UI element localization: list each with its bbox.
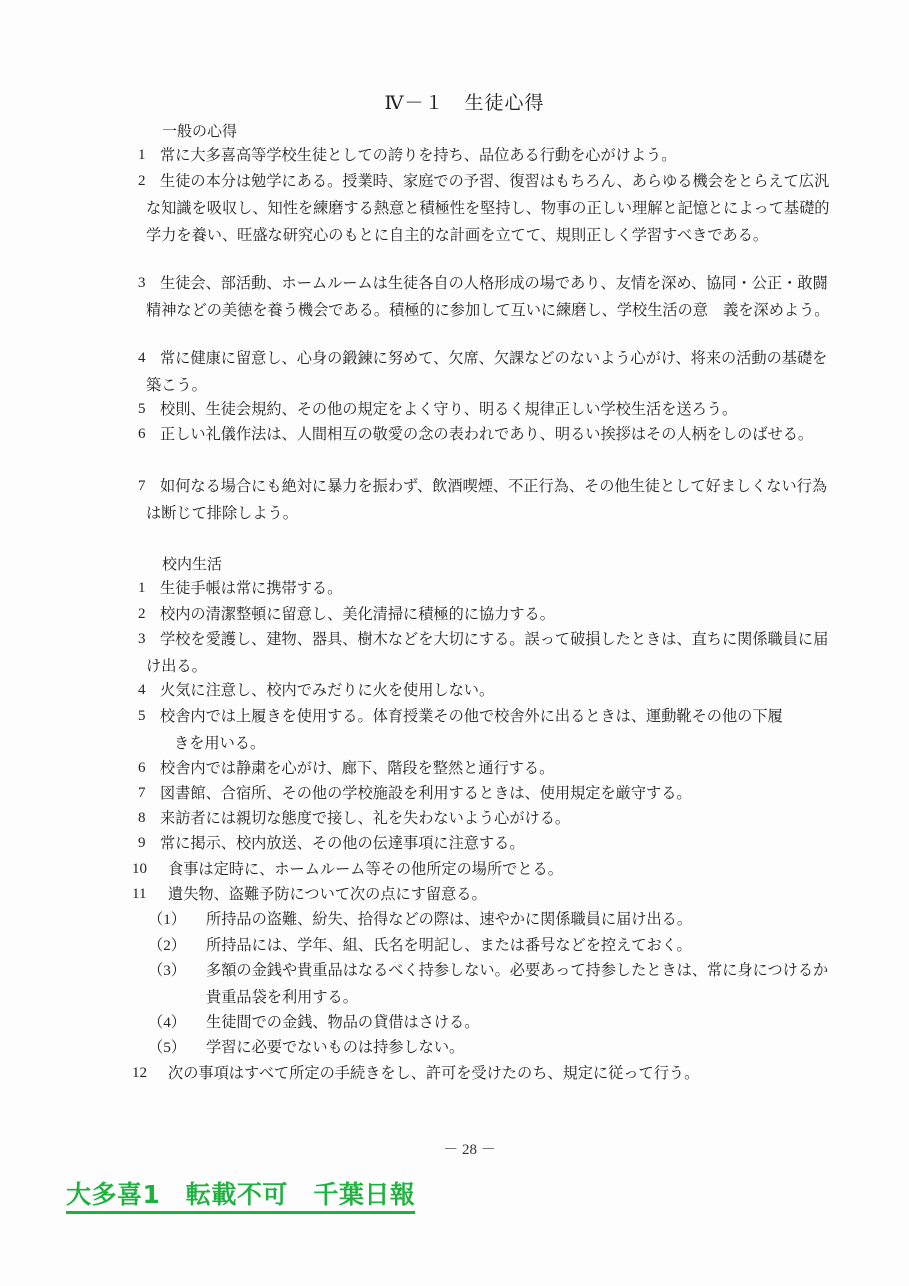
item-number: 12	[132, 1060, 162, 1087]
list-item: 2 校内の清潔整頓に留意し、美化清掃に積極的に協力する。	[138, 601, 830, 628]
document-page: Ⅳ－１ 生徒心得 一般の心得 1 常に大多喜高等学校生徒としての誇りを持ち、品位…	[0, 0, 909, 1286]
item-text: 次の事項はすべて所定の手続きをし、許可を受けたのち、規定に従って行う。	[138, 1060, 830, 1087]
list-item: 9 常に掲示、校内放送、その他の伝達事項に注意する。	[138, 830, 830, 857]
item-number: 6	[138, 421, 160, 448]
sub-item-number: （5）	[148, 1034, 196, 1061]
list-item: 10 食事は定時に、ホームルーム等その他所定の場所でとる。	[138, 856, 830, 883]
list-item: 12 次の事項はすべて所定の手続きをし、許可を受けたのち、規定に従って行う。	[138, 1060, 830, 1087]
list-item: 2 生徒の本分は勉学にある。授業時、家庭での予習、復習はもちろん、あらゆる機会を…	[138, 168, 830, 249]
item-number: 5	[138, 396, 160, 423]
sub-list-item: （5） 学習に必要でないものは持参しない。	[148, 1034, 830, 1061]
sub-list-item: （1） 所持品の盗難、紛失、拾得などの際は、速やかに関係職員に届け出る。	[148, 906, 830, 933]
page-number: － 28 －	[0, 1138, 909, 1159]
item-text: 校舎内では上履きを使用する。体育授業その他で校舎外に出るときは、運動靴その他の下…	[138, 703, 830, 757]
item-text: 正しい礼儀作法は、人間相互の敬愛の念の表われであり、明るい挨拶はその人柄をしのば…	[138, 421, 830, 448]
sub-item-number: （4）	[148, 1009, 196, 1036]
sub-item-number: （2）	[148, 932, 196, 959]
sub-item-text: 学習に必要でないものは持参しない。	[148, 1034, 830, 1061]
item-number: 11	[132, 881, 162, 908]
list-item: 6 校舎内では静粛を心がけ、廊下、階段を整然と通行する。	[138, 755, 830, 782]
section-heading-school-life: 校内生活	[162, 553, 222, 574]
list-item: 11 遺失物、盗難予防について次の点にす留意る。	[138, 881, 830, 908]
item-number: 7	[138, 473, 160, 500]
item-number: 10	[132, 856, 162, 883]
item-number: 3	[138, 626, 160, 653]
list-item: 4 常に健康に留意し、心身の鍛錬に努めて、欠席、欠課などのないよう心がけ、将来の…	[138, 345, 830, 399]
list-item: 8 来訪者には親切な態度で接し、礼を失わないよう心がける。	[138, 805, 830, 832]
item-number: 1	[138, 575, 160, 602]
sub-list-item: （2） 所持品には、学年、組、氏名を明記し、または番号などを控えておく。	[148, 932, 830, 959]
item-text: 遺失物、盗難予防について次の点にす留意る。	[138, 881, 830, 908]
item-text: 校舎内では静粛を心がけ、廊下、階段を整然と通行する。	[138, 755, 830, 782]
item-number: 5	[138, 703, 160, 730]
item-number: 2	[138, 601, 160, 628]
item-text: 学校を愛護し、建物、器具、樹木などを大切にする。誤って破損したときは、直ちに関係…	[138, 626, 830, 680]
list-item: 4 火気に注意し、校内でみだりに火を使用しない。	[138, 677, 830, 704]
item-text-line: 校舎内では上履きを使用する。体育授業その他で校舎外に出るときは、運動靴その他の下…	[160, 707, 783, 725]
item-text: 生徒手帳は常に携帯する。	[138, 575, 830, 602]
item-text: 生徒の本分は勉学にある。授業時、家庭での予習、復習はもちろん、あらゆる機会をとら…	[138, 168, 830, 249]
item-number: 2	[138, 168, 160, 195]
item-text: 生徒会、部活動、ホームルームは生徒各自の人格形成の場であり、友情を深め、協同・公…	[138, 270, 830, 324]
list-item: 7 図書館、合宿所、その他の学校施設を利用するときは、使用規定を厳守する。	[138, 780, 830, 807]
sub-item-text: 所持品の盗難、紛失、拾得などの際は、速やかに関係職員に届け出る。	[148, 906, 830, 933]
item-number: 4	[138, 677, 160, 704]
list-item: 5 校舎内では上履きを使用する。体育授業その他で校舎外に出るときは、運動靴その他…	[138, 703, 830, 757]
item-text: 火気に注意し、校内でみだりに火を使用しない。	[138, 677, 830, 704]
item-text: 来訪者には親切な態度で接し、礼を失わないよう心がける。	[138, 805, 830, 832]
copyright-watermark: 大多喜1 転載不可 千葉日報	[66, 1180, 415, 1214]
item-number: 1	[138, 142, 160, 169]
item-text: 校則、生徒会規約、その他の規定をよく守り、明るく規律正しい学校生活を送ろう。	[138, 396, 830, 423]
item-text: 常に大多喜高等学校生徒としての誇りを持ち、品位ある行動を心がけよう。	[138, 142, 830, 169]
item-number: 6	[138, 755, 160, 782]
list-item: 3 生徒会、部活動、ホームルームは生徒各自の人格形成の場であり、友情を深め、協同…	[138, 270, 830, 324]
sub-item-text: 生徒間での金銭、物品の貸借はさける。	[148, 1009, 830, 1036]
sub-item-number: （3）	[148, 957, 196, 984]
list-item: 7 如何なる場合にも絶対に暴力を振わず、飲酒喫煙、不正行為、その他生徒として好ま…	[138, 473, 830, 527]
sub-list-item: （4） 生徒間での金銭、物品の貸借はさける。	[148, 1009, 830, 1036]
item-number: 3	[138, 270, 160, 297]
list-item: 1 生徒手帳は常に携帯する。	[138, 575, 830, 602]
item-number: 8	[138, 805, 160, 832]
sub-item-text: 多額の金銭や貴重品はなるべく持参しない。必要あって持参したときは、常に身につける…	[148, 957, 830, 1011]
list-item: 5 校則、生徒会規約、その他の規定をよく守り、明るく規律正しい学校生活を送ろう。	[138, 396, 830, 423]
item-text: 常に掲示、校内放送、その他の伝達事項に注意する。	[138, 830, 830, 857]
item-number: 9	[138, 830, 160, 857]
sub-item-text: 所持品には、学年、組、氏名を明記し、または番号などを控えておく。	[148, 932, 830, 959]
item-number: 7	[138, 780, 160, 807]
item-text-line: きを用いる。	[160, 734, 265, 752]
page-title: Ⅳ－１ 生徒心得	[0, 88, 909, 115]
sub-item-number: （1）	[148, 906, 196, 933]
item-text: 図書館、合宿所、その他の学校施設を利用するときは、使用規定を厳守する。	[138, 780, 830, 807]
list-item: 1 常に大多喜高等学校生徒としての誇りを持ち、品位ある行動を心がけよう。	[138, 142, 830, 169]
item-number: 4	[138, 345, 160, 372]
sub-list-item: （3） 多額の金銭や貴重品はなるべく持参しない。必要あって持参したときは、常に身…	[148, 957, 830, 1011]
list-item: 3 学校を愛護し、建物、器具、樹木などを大切にする。誤って破損したときは、直ちに…	[138, 626, 830, 680]
list-item: 6 正しい礼儀作法は、人間相互の敬愛の念の表われであり、明るい挨拶はその人柄をし…	[138, 421, 830, 448]
section-heading-general: 一般の心得	[162, 120, 237, 141]
item-text: 常に健康に留意し、心身の鍛錬に努めて、欠席、欠課などのないよう心がけ、将来の活動…	[138, 345, 830, 399]
item-text: 如何なる場合にも絶対に暴力を振わず、飲酒喫煙、不正行為、その他生徒として好ましく…	[138, 473, 830, 527]
item-text: 食事は定時に、ホームルーム等その他所定の場所でとる。	[138, 856, 830, 883]
item-text: 校内の清潔整頓に留意し、美化清掃に積極的に協力する。	[138, 601, 830, 628]
